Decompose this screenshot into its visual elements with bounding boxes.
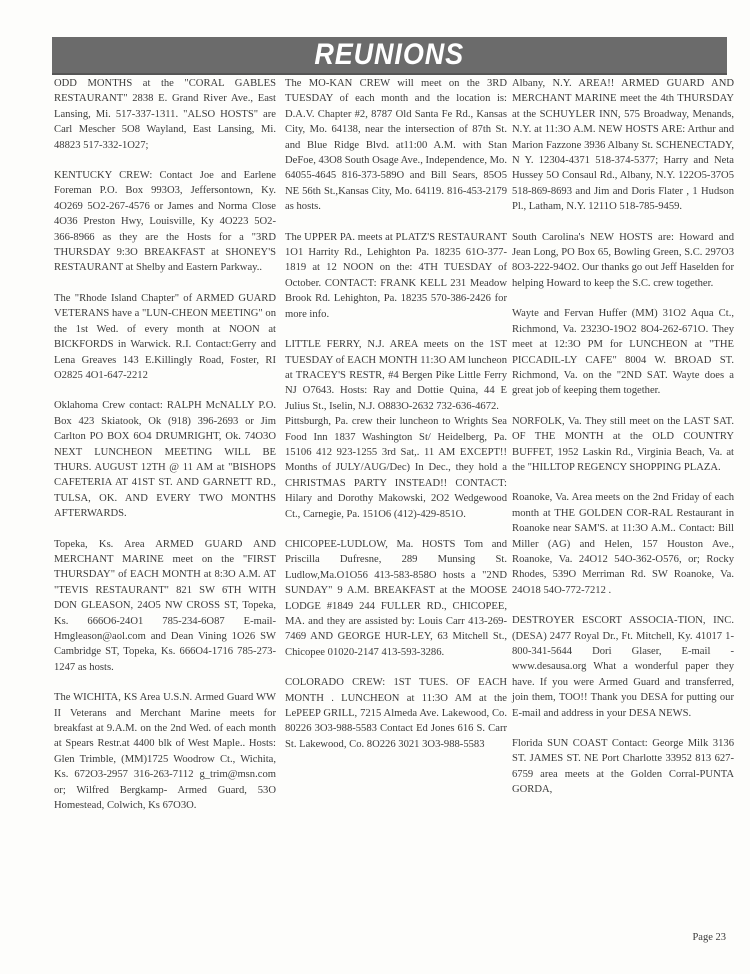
reunion-entry: CHICOPEE-LUDLOW, Ma. HOSTS Tom and Prisc… <box>285 537 507 660</box>
column-1: ODD MONTHS at the "CORAL GABLES RESTAURA… <box>54 76 276 828</box>
section-banner: REUNIONS <box>52 37 727 75</box>
column-2: The MO-KAN CREW will meet on the 3RD TUE… <box>285 76 507 767</box>
reunion-entry: Topeka, Ks. Area ARMED GUARD AND MERCHAN… <box>54 537 276 676</box>
reunion-entry: Pittsburgh, Pa. crew their luncheon to W… <box>285 414 507 522</box>
reunion-entry: Roanoke, Va. Area meets on the 2nd Frida… <box>512 490 734 598</box>
reunion-entry: The "Rhode Island Chapter" of ARMED GUAR… <box>54 291 276 383</box>
reunion-entry: COLORADO CREW: 1ST TUES. OF EACH MONTH .… <box>285 675 507 752</box>
reunion-entry: South Carolina's NEW HOSTS are: Howard a… <box>512 230 734 292</box>
reunion-entry: KENTUCKY CREW: Contact Joe and Earlene F… <box>54 168 276 276</box>
reunion-entry: Florida SUN COAST Contact: George Milk 3… <box>512 736 734 798</box>
reunion-entry: Albany, N.Y. AREA!! ARMED GUARD AND MERC… <box>512 76 734 215</box>
section-title: REUNIONS <box>315 38 465 72</box>
reunion-entry: The UPPER PA. meets at PLATZ'S RESTAURAN… <box>285 230 507 322</box>
reunion-entry: The WICHITA, KS Area U.S.N. Armed Guard … <box>54 690 276 813</box>
reunion-entry: NORFOLK, Va. They still meet on the LAST… <box>512 414 734 476</box>
reunion-entry: LITTLE FERRY, N.J. AREA meets on the 1ST… <box>285 337 507 414</box>
page-number: Page 23 <box>692 932 726 943</box>
reunion-entry: The MO-KAN CREW will meet on the 3RD TUE… <box>285 76 507 215</box>
reunion-entry: DESTROYER ESCORT ASSOCIA-TION, INC. (DES… <box>512 613 734 721</box>
reunion-entry: ODD MONTHS at the "CORAL GABLES RESTAURA… <box>54 76 276 153</box>
reunion-entry: Oklahoma Crew contact: RALPH McNALLY P.O… <box>54 398 276 521</box>
column-3: Albany, N.Y. AREA!! ARMED GUARD AND MERC… <box>512 76 734 813</box>
reunion-entry: Wayte and Fervan Huffer (MM) 31O2 Aqua C… <box>512 306 734 398</box>
